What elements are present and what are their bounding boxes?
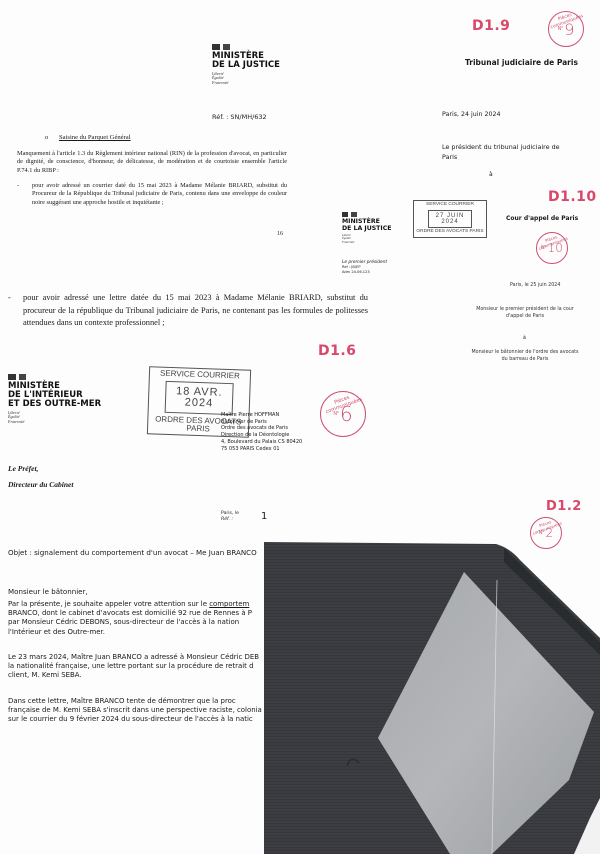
- para-line: Le 23 mars 2024, Maître Juan BRANCO a ad…: [8, 653, 264, 662]
- ministry-name-line3: ET DES OUTRE-MER: [8, 400, 101, 409]
- stamp-date: 18 AVR. 2024: [165, 381, 234, 415]
- address-line: 4, Boulevard du Palais CS 80420: [221, 439, 302, 446]
- reference-label: Réf. :: [221, 517, 239, 523]
- envelope-exhibit: D1.2 Pièces communiquées N° 2: [264, 480, 600, 854]
- address-line: Direction de la Déontologie: [221, 432, 302, 439]
- letter-excerpt: - pour avoir adressé une lettre datée du…: [8, 292, 368, 330]
- para-line: client, M. Kemi SEBA.: [8, 671, 264, 680]
- exhibit-label: D1.6: [318, 343, 356, 359]
- address-line: Maître Pierre HOFFMAN: [221, 412, 302, 419]
- para-line: la nationalité française, une lettre por…: [8, 662, 264, 671]
- sender-department: Directeur du Cabinet: [8, 477, 73, 493]
- dash: -: [8, 292, 11, 305]
- black-envelope-image: [264, 480, 600, 854]
- section-heading: o Saisine du Parquet Général: [45, 134, 131, 141]
- address-line: Bâtonnier de Paris: [221, 419, 302, 426]
- para-line: française de M. Kemi SEBA s'inscrit dans…: [8, 706, 264, 715]
- exhibit-stamp: Pièces communiquées N° 9: [548, 11, 584, 47]
- breach-paragraph: Manquement à l'article 1.3 du Règlement …: [17, 150, 287, 175]
- from-line2: d'appel de Paris: [430, 313, 600, 320]
- marianne-icon: [212, 44, 280, 50]
- court-title: Cour d'appel de Paris: [506, 215, 578, 222]
- exhibit-stamp: Pièces communiquées N° 10: [536, 232, 568, 264]
- motto-fraternite: Fraternité: [342, 241, 391, 244]
- bullet-text: pour avoir adressé un courrier daté du 1…: [32, 182, 287, 207]
- exhibit-label: D1.10: [548, 189, 597, 205]
- address-line: 75 053 PARIS Cedex 01: [221, 446, 302, 453]
- section-title: Saisine du Parquet Général: [59, 134, 131, 141]
- mail-service-stamp: SERVICE COURRIER 27 JUIN 2024 ORDRE DES …: [413, 200, 487, 238]
- dash: -: [17, 182, 19, 190]
- recipient-address: Maître Pierre HOFFMAN Bâtonnier de Paris…: [221, 412, 302, 452]
- para-line: BRANCO, dont le cabinet d'avocats est do…: [8, 609, 264, 618]
- letter-sender: Le président du tribunal judiciaire de P…: [442, 142, 560, 162]
- ministry-name-line2: DE LA JUSTICE: [342, 226, 391, 233]
- stamp-top-text: SERVICE COURRIER: [152, 369, 248, 380]
- breach-bullet: - pour avoir adressé un courrier daté du…: [17, 182, 287, 207]
- tribunal-letter: D1.9 Pièces communiquées N° 9 Tribunal j…: [420, 0, 600, 190]
- salutation: Monsieur le bâtonnier,: [8, 587, 88, 596]
- excerpt-text: pour avoir adressé une lettre datée du 1…: [23, 292, 368, 330]
- sender-title: Le Préfet,: [8, 461, 73, 477]
- para-line: Dans cette lettre, Maître BRANCO tente d…: [8, 697, 264, 706]
- ministry-logo: MINISTÈRE DE L'INTÉRIEUR ET DES OUTRE-ME…: [8, 374, 101, 425]
- bullet-icon: o: [45, 134, 48, 141]
- marianne-icon: [8, 374, 101, 380]
- para-line: l'Intérieur et des Outre-mer.: [8, 628, 264, 637]
- motto-fraternite: Fraternité: [8, 420, 101, 425]
- sender-block: Le Préfet, Directeur du Cabinet: [8, 461, 73, 493]
- stamp-top-text: SERVICE COURRIER: [416, 203, 484, 208]
- stamp-date: 27 JUIN 2024: [428, 210, 472, 228]
- to-word: à: [489, 171, 493, 178]
- from-block: Monsieur le premier président de la cour…: [430, 306, 600, 320]
- marianne-icon: [342, 212, 391, 217]
- body-paragraph-2: Le 23 mars 2024, Maître Juan BRANCO a ad…: [8, 653, 264, 681]
- ministry-logo: MINISTÈRE DE LA JUSTICE Liberté Égalité …: [212, 44, 280, 86]
- body-paragraph-3: Dans cette lettre, Maître BRANCO tente d…: [8, 697, 264, 725]
- stamp-bottom-text: ORDRE DES AVOCATS PARIS: [416, 230, 484, 235]
- letter-date: Paris, le 25 juin 2024: [510, 283, 560, 288]
- para-line-start: Par la présente, je souhaite appeler vot…: [8, 600, 209, 608]
- ministry-logo: MINISTÈRE DE LA JUSTICE Liberté Égalité …: [342, 212, 391, 244]
- letter-date: Paris, 24 juin 2024: [442, 111, 501, 118]
- body-paragraph-1: Par la présente, je souhaite appeler vot…: [8, 600, 264, 637]
- sender-line2: Paris: [442, 152, 560, 162]
- exhibit-stamp: Pièces communiquées N° 6: [320, 391, 366, 437]
- page-number: 16: [277, 231, 283, 237]
- para-line: par Monsieur Cédric DEBONS, sous-directe…: [8, 618, 264, 627]
- para-line: Par la présente, je souhaite appeler vot…: [8, 600, 264, 609]
- ministry-name-line2: DE LA JUSTICE: [212, 61, 280, 70]
- ref-line2: Adm 24.06.123: [342, 270, 387, 275]
- reference: Réf. : SN/MH/632: [212, 113, 267, 121]
- from-line1: Monsieur le premier président de la cour: [430, 306, 600, 313]
- subject-line: Objet : signalement du comportement d'un…: [8, 548, 257, 557]
- motto-fraternite: Fraternité: [212, 81, 280, 86]
- underlined-word: comportem: [209, 600, 249, 608]
- signatory-block: Le premier président Ref : JB/EP Adm 24.…: [342, 260, 387, 275]
- court-title: Tribunal judiciaire de Paris: [465, 58, 578, 67]
- exhibit-label: D1.9: [472, 18, 510, 34]
- para-line: sur le courrier du 9 février 2024 du sou…: [8, 715, 264, 724]
- sender-line1: Le président du tribunal judiciaire de: [442, 142, 560, 152]
- place-date-block: Paris, le Réf. :: [221, 511, 239, 523]
